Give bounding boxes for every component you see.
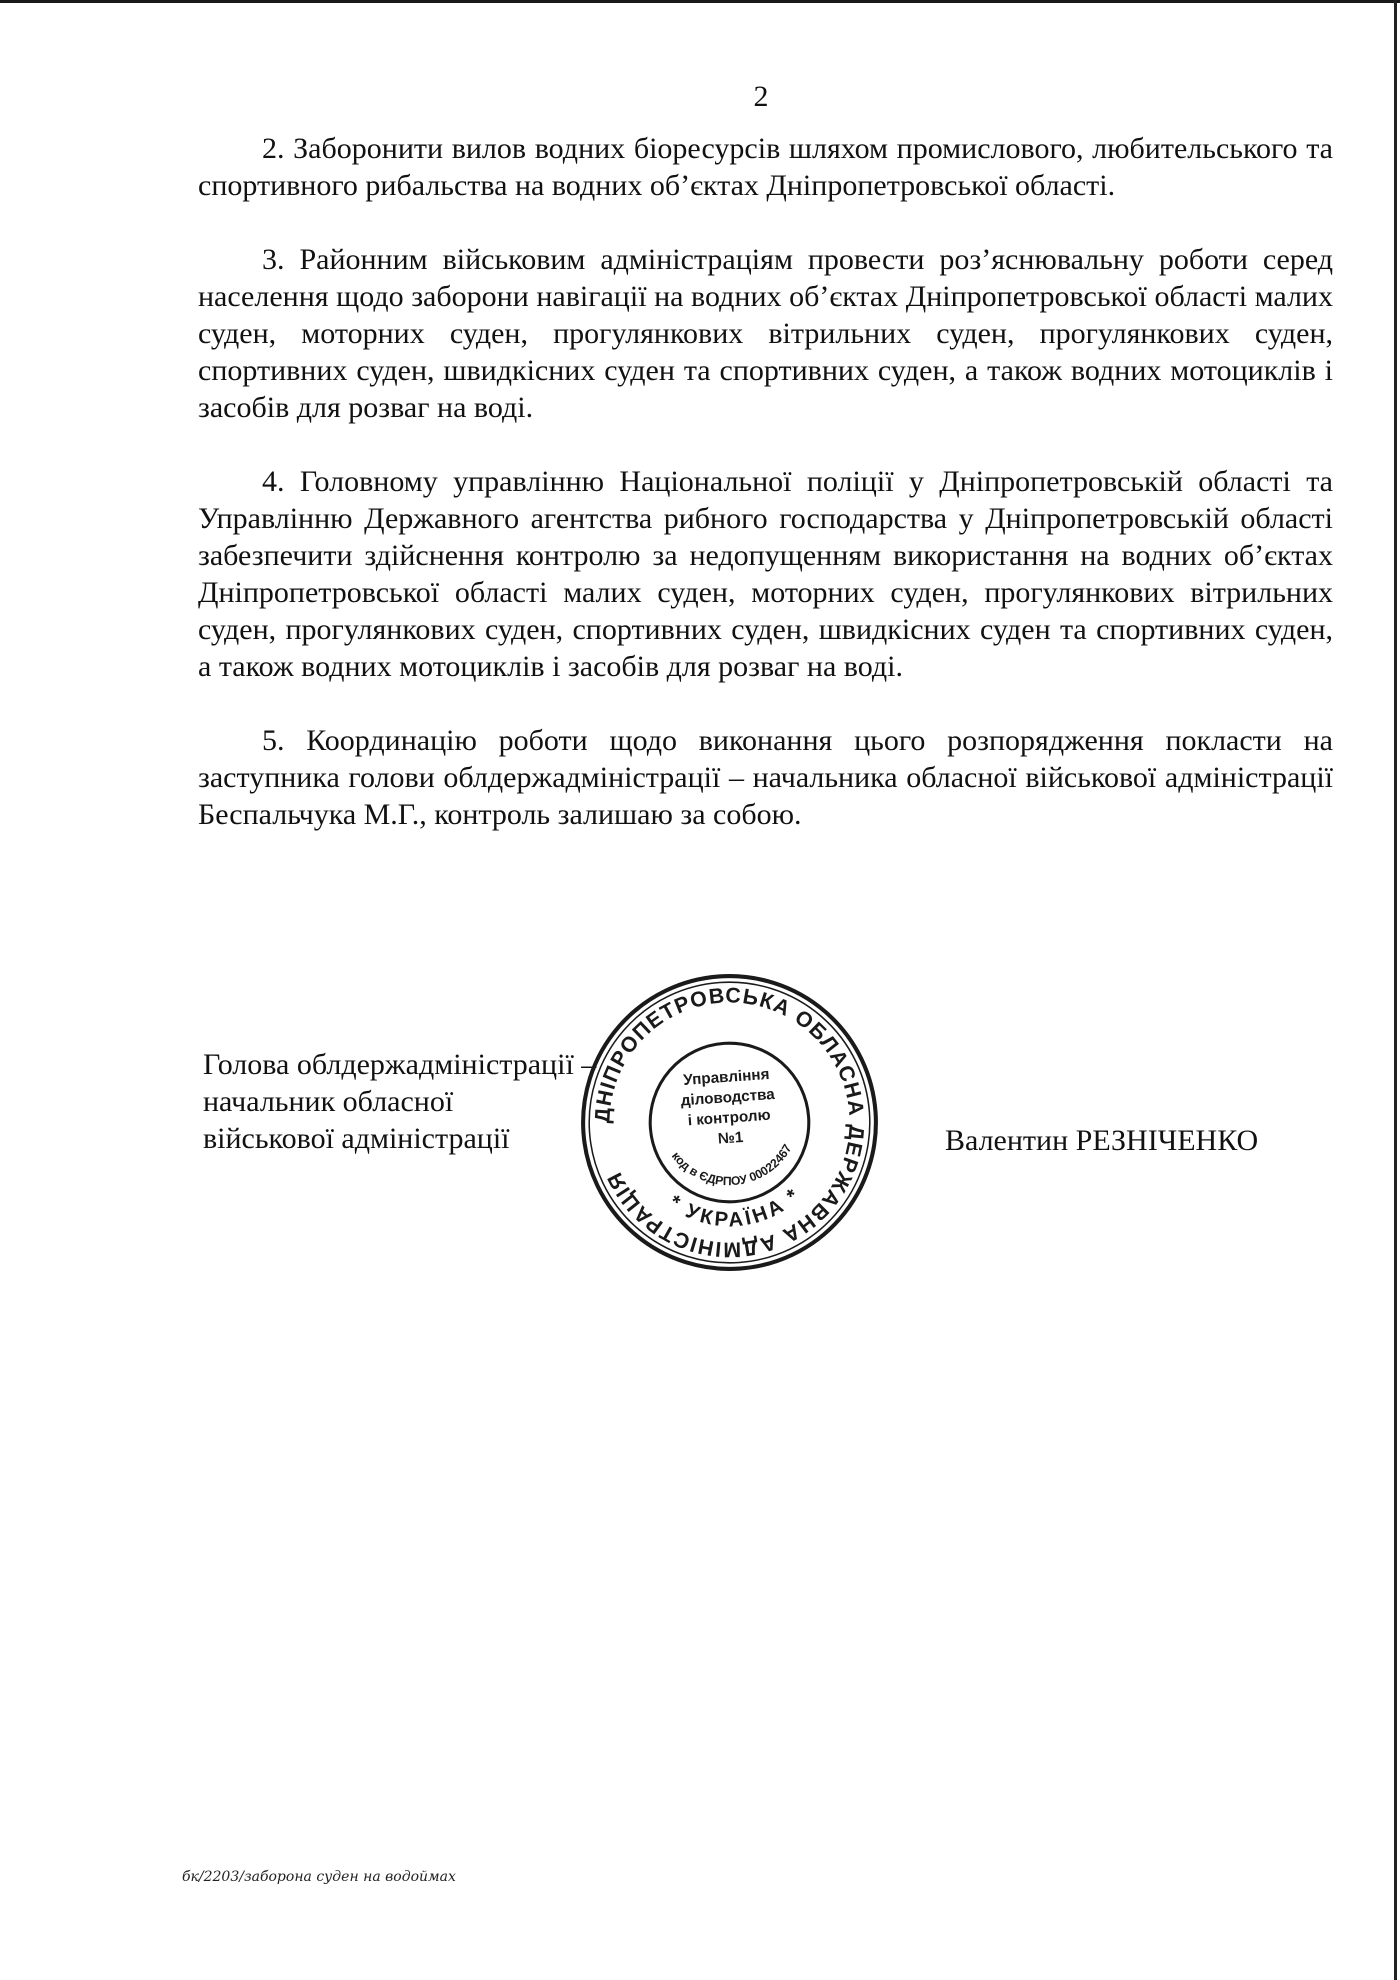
signatory-position-line-3: військової адміністрації bbox=[203, 1120, 596, 1157]
page-scan-edge-top bbox=[0, 0, 1400, 3]
paragraph-4: 4. Головному управлінню Національної пол… bbox=[198, 463, 1333, 685]
page-number: 2 bbox=[0, 80, 1400, 114]
seal-center-line-4: №1 bbox=[717, 1129, 744, 1148]
seal-icon: ДНІПРОПЕТРОВСЬКА ОБЛАСНА ДЕРЖАВНА АДМІНІ… bbox=[577, 970, 882, 1275]
seal-center-line-3: і контролю bbox=[687, 1107, 771, 1130]
signatory-position-line-2: начальник обласної bbox=[203, 1083, 596, 1120]
official-seal-stamp: ДНІПРОПЕТРОВСЬКА ОБЛАСНА ДЕРЖАВНА АДМІНІ… bbox=[577, 970, 882, 1275]
document-reference-footer: бк/2203/заборона суден на водоймах bbox=[182, 1869, 456, 1885]
signatory-name: Валентин РЕЗНІЧЕНКО bbox=[945, 1122, 1258, 1159]
signatory-position: Голова облдержадміністрації – начальник … bbox=[203, 1046, 596, 1157]
signatory-position-line-1: Голова облдержадміністрації – bbox=[203, 1046, 596, 1083]
seal-center-line-1: Управління bbox=[683, 1066, 770, 1089]
paragraph-3: 3. Районним військовим адміністраціям пр… bbox=[198, 241, 1333, 426]
paragraph-5: 5. Координацію роботи щодо виконання цьо… bbox=[198, 722, 1333, 833]
document-body: 2. Заборонити вилов водних біоресурсів ш… bbox=[198, 130, 1333, 870]
signature-block: Голова облдержадміністрації – начальник … bbox=[0, 960, 1400, 1290]
paragraph-2: 2. Заборонити вилов водних біоресурсів ш… bbox=[198, 130, 1333, 204]
seal-center-line-2: діловодства bbox=[680, 1086, 776, 1110]
